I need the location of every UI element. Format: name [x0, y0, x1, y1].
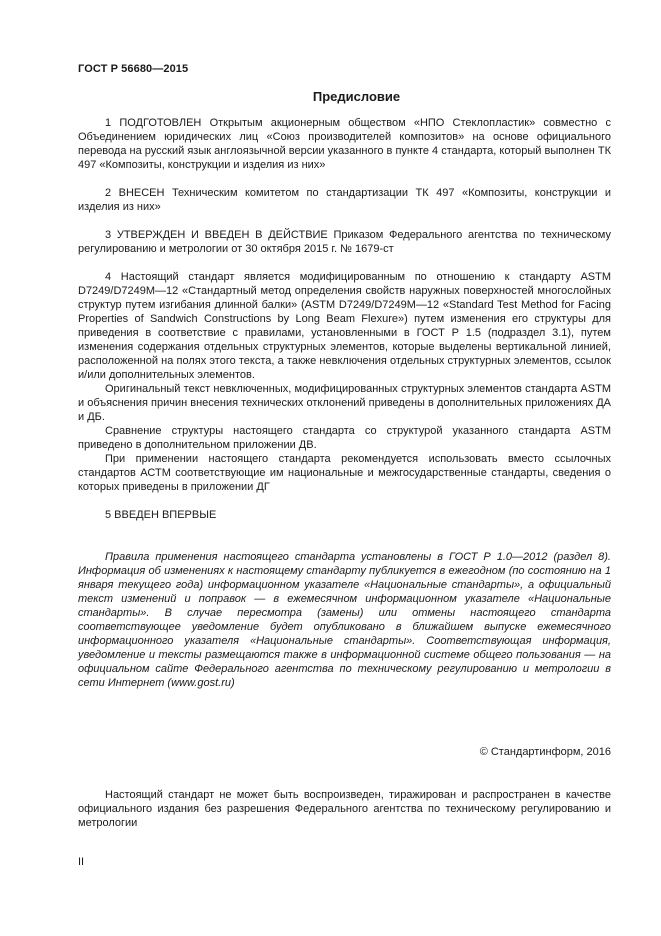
spacer [78, 214, 611, 228]
rules-note: Правила применения настоящего стандарта … [78, 550, 611, 690]
rules-note-block: Правила применения настоящего стандарта … [78, 550, 611, 690]
copyright-notice: © Стандартинформ, 2016 [480, 745, 611, 759]
foreword-body: 1 ПОДГОТОВЛЕН Открытым акционерным общес… [78, 116, 611, 690]
foreword-item-4-paragraph-2: Оригинальный текст невключенных, модифиц… [78, 382, 611, 424]
spacer [78, 522, 611, 550]
document-code-header: ГОСТ Р 56680—2015 [78, 62, 188, 76]
foreword-item-5: 5 ВВЕДЕН ВПЕРВЫЕ [78, 508, 611, 522]
foreword-item-4-paragraph-3: Сравнение структуры настоящего стандарта… [78, 424, 611, 452]
foreword-item-1: 1 ПОДГОТОВЛЕН Открытым акционерным общес… [78, 116, 611, 172]
section-title: Предисловие [78, 89, 611, 105]
reproduction-notice-block: Настоящий стандарт не может быть воспрои… [78, 788, 611, 830]
spacer [78, 256, 611, 270]
spacer [78, 494, 611, 508]
foreword-item-2: 2 ВНЕСЕН Техническим комитетом по станда… [78, 186, 611, 214]
foreword-item-3: 3 УТВЕРЖДЕН И ВВЕДЕН В ДЕЙСТВИЕ Приказом… [78, 228, 611, 256]
foreword-item-4-paragraph-4: При применении настоящего стандарта реко… [78, 452, 611, 494]
foreword-item-4-paragraph-1: 4 Настоящий стандарт является модифициро… [78, 270, 611, 382]
document-page: ГОСТ Р 56680—2015 Предисловие 1 ПОДГОТОВ… [0, 0, 661, 936]
page-number: II [78, 855, 84, 869]
spacer [78, 172, 611, 186]
reproduction-notice: Настоящий стандарт не может быть воспрои… [78, 788, 611, 830]
